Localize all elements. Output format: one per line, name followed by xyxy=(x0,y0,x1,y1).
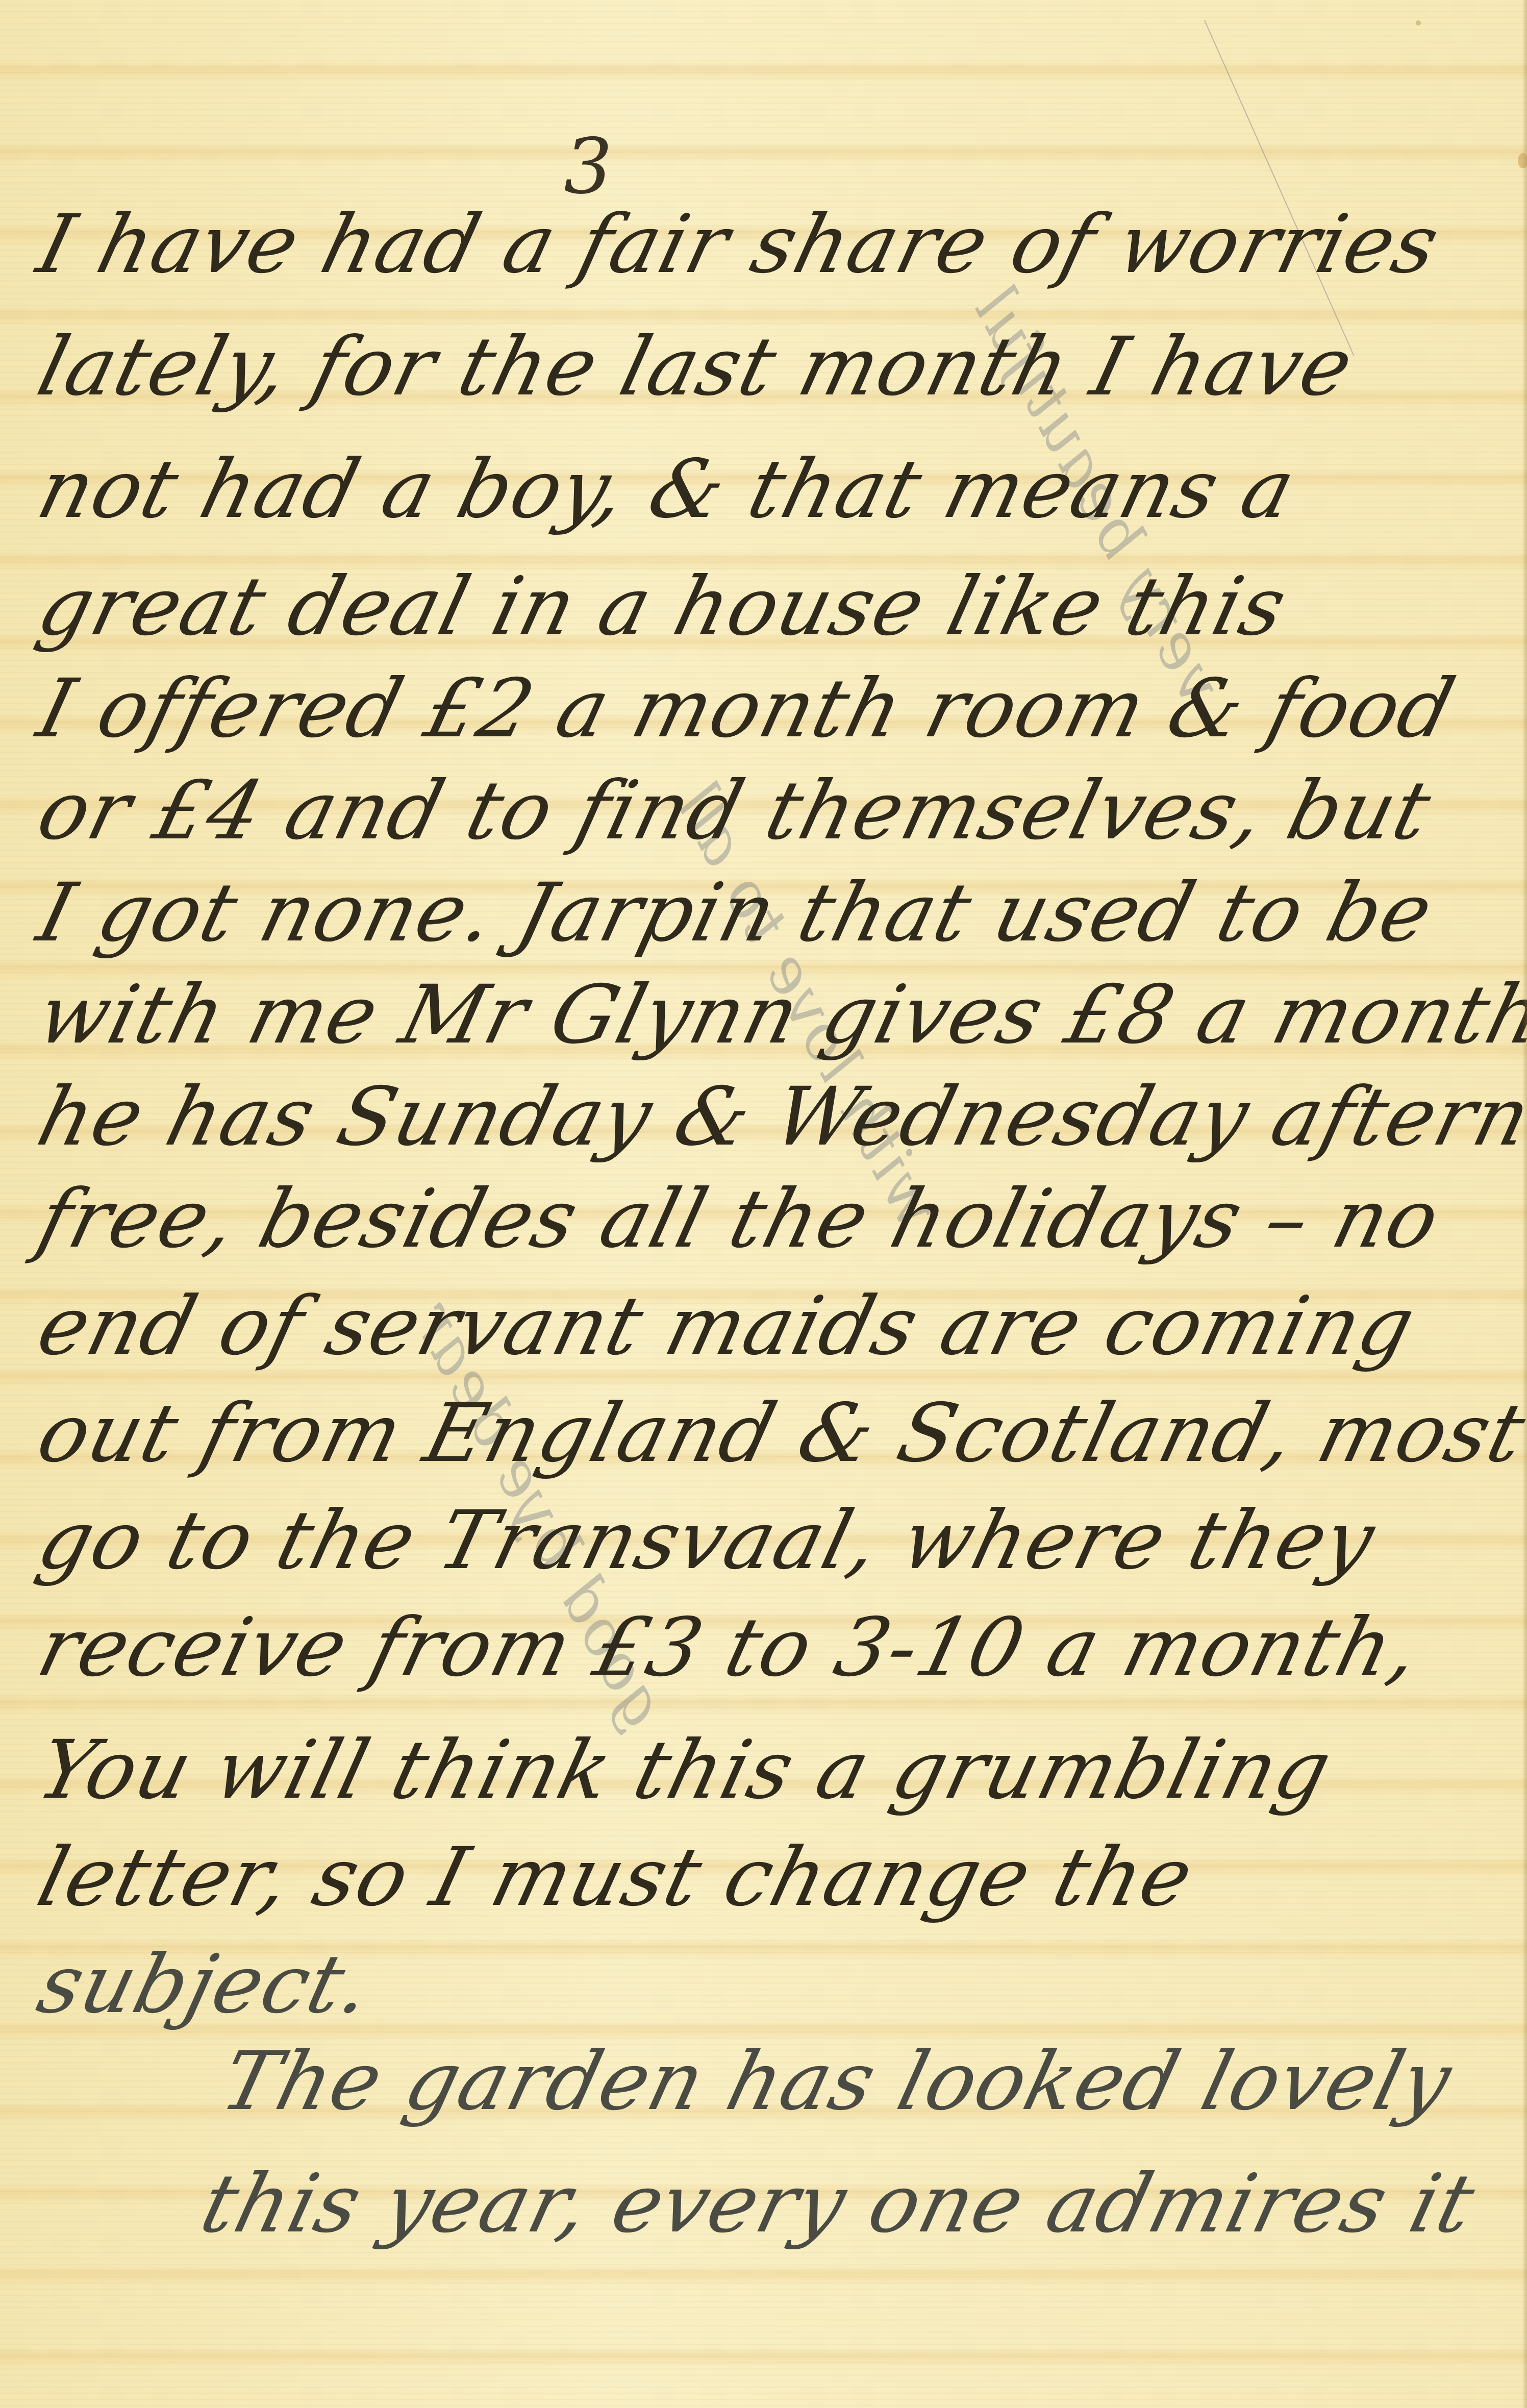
text-line: great deal in a house like this xyxy=(31,566,1294,647)
text-line: receive from £3 to 3-10 a month, xyxy=(31,1607,1428,1688)
text-line: letter, so I must change the xyxy=(31,1837,1201,1918)
paper-stain xyxy=(1416,20,1421,26)
text-line: not had a boy, & that means a xyxy=(31,449,1303,530)
text-line: out from England & Scotland, most xyxy=(31,1393,1527,1474)
text-line: lately, for the last month I have xyxy=(31,327,1361,407)
text-line: You will think this a grumbling xyxy=(31,1730,1339,1810)
pencil-mark xyxy=(1204,20,1355,356)
paper-edge xyxy=(1522,0,1527,2408)
text-line: subject. xyxy=(31,1944,380,2025)
text-line: I have had a fair share of worries xyxy=(31,204,1447,285)
text-line: go to the Transvaal, where they xyxy=(31,1500,1383,1581)
text-line: this year, every one admires it xyxy=(194,2164,1483,2244)
text-line: free, besides all the holidays – no xyxy=(31,1179,1448,1259)
text-line: with me Mr Glynn gives £8 a month xyxy=(31,975,1527,1055)
text-line: he has Sunday & Wednesday afternoon xyxy=(31,1077,1527,1157)
text-line: I got none. Jarpin that used to be xyxy=(31,873,1441,953)
letter-page: very beautiful with love to all good bye… xyxy=(0,0,1527,2408)
text-line: The garden has looked lovely xyxy=(214,2041,1460,2122)
text-line: end of servant maids are coming xyxy=(31,1286,1422,1367)
text-line: I offered £2 a month room & food xyxy=(31,668,1462,749)
text-line: or £4 and to find themselves, but xyxy=(31,771,1439,851)
